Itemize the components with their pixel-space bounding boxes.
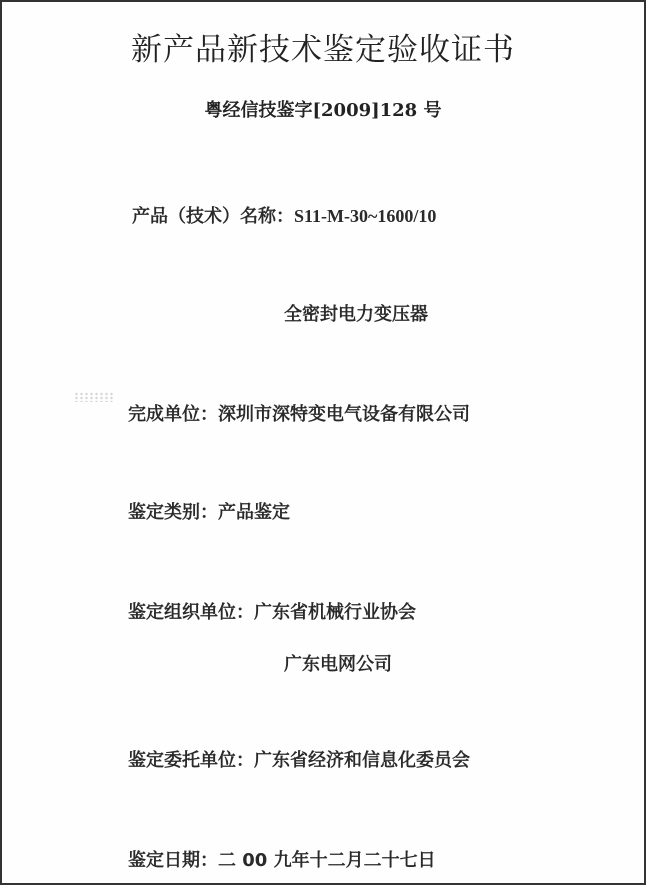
completing-unit-value: 深圳市深特变电气设备有限公司 bbox=[218, 404, 470, 425]
document-number: 粤经信技鉴字[2009]128 号 bbox=[2, 96, 644, 122]
organizing-unit-row: 鉴定组织单位：广东省机械行业协会 bbox=[128, 598, 416, 624]
document-title: 新产品新技术鉴定验收证书 bbox=[2, 24, 644, 69]
completing-unit-row: 完成单位：深圳市深特变电气设备有限公司 bbox=[128, 400, 470, 426]
product-model-value: S11-M-30~1600/10 bbox=[294, 206, 436, 226]
product-name-row: 产品（技术）名称：S11-M-30~1600/10 bbox=[132, 202, 436, 228]
organizing-unit-line2: 广东电网公司 bbox=[284, 650, 392, 676]
product-name-label: 产品（技术）名称： bbox=[132, 206, 294, 227]
appraisal-date-row: 鉴定日期：二 00 九年十二月二十七日 bbox=[128, 846, 436, 872]
appraisal-date-value: 二 00 九年十二月二十七日 bbox=[218, 850, 436, 871]
entrusting-unit-row: 鉴定委托单位：广东省经济和信息化委员会 bbox=[128, 746, 470, 772]
entrusting-unit-label: 鉴定委托单位： bbox=[128, 750, 254, 771]
appraisal-date-label: 鉴定日期： bbox=[128, 850, 218, 871]
appraisal-category-label: 鉴定类别： bbox=[128, 502, 218, 523]
scan-speck bbox=[74, 392, 114, 402]
product-name-line2: 全密封电力变压器 bbox=[284, 300, 428, 326]
appraisal-category-row: 鉴定类别：产品鉴定 bbox=[128, 498, 290, 524]
entrusting-unit-value: 广东省经济和信息化委员会 bbox=[254, 750, 470, 771]
appraisal-category-value: 产品鉴定 bbox=[218, 502, 290, 523]
completing-unit-label: 完成单位： bbox=[128, 404, 218, 425]
organizing-unit-label: 鉴定组织单位： bbox=[128, 602, 254, 623]
organizing-unit-value: 广东省机械行业协会 bbox=[254, 602, 416, 623]
certificate-page: 新产品新技术鉴定验收证书 粤经信技鉴字[2009]128 号 产品（技术）名称：… bbox=[0, 0, 646, 885]
